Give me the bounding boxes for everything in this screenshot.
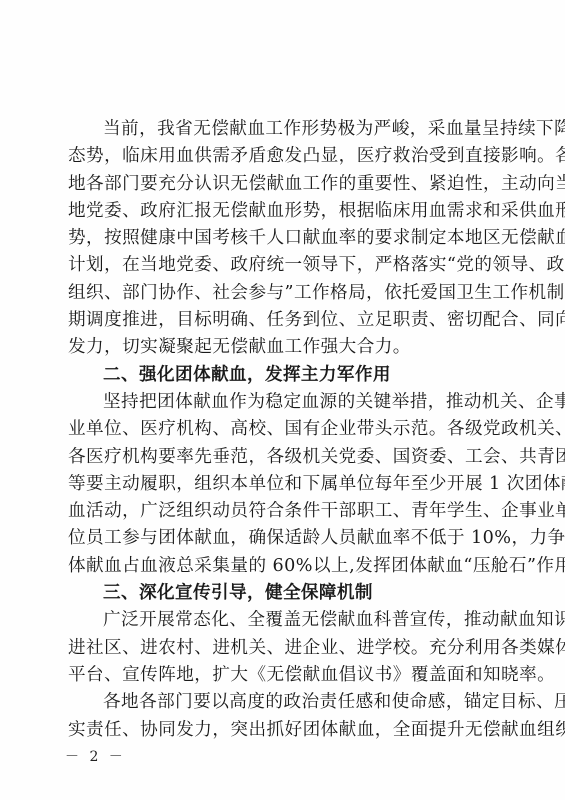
- section-heading-2: 二、强化团体献血，发挥主力军作用: [68, 362, 500, 389]
- paragraph-line: 各地各部门要以高度的政治责任感和使命感，锚定目标、压: [68, 689, 500, 716]
- paragraph-line: 各医疗机构要率先垂范，各级机关党委、国资委、工会、共青团: [68, 444, 500, 471]
- section-heading-3: 三、深化宣传引导，健全保障机制: [68, 580, 500, 607]
- paragraph-line: 位员工参与团体献血，确保适龄人员献血率不低于 10%，力争团: [68, 525, 500, 552]
- document-body: 当前，我省无偿献血工作形势极为严峻，采血量呈持续下降 态势，临床用血供需矛盾愈发…: [68, 116, 500, 744]
- paragraph-line: 组织、部门协作、社会参与”工作格局，依托爱国卫生工作机制定: [68, 280, 500, 307]
- page-number: － 2 －: [65, 746, 126, 766]
- paragraph-line: 实责任、协同发力，突出抓好团体献血，全面提升无偿献血组织: [68, 717, 500, 744]
- paragraph-line: 业单位、医疗机构、高校、国有企业带头示范。各级党政机关、: [68, 416, 500, 443]
- paragraph-line: 计划，在当地党委、政府统一领导下，严格落实“党的领导、政府: [68, 252, 500, 279]
- paragraph-line: 进社区、进农村、进机关、进企业、进学校。充分利用各类媒体: [68, 635, 500, 662]
- paragraph-line: 当前，我省无偿献血工作形势极为严峻，采血量呈持续下降: [68, 116, 500, 143]
- paragraph-line: 体献血占血液总采集量的 60%以上,发挥团体献血“压舱石”作用。: [68, 553, 500, 580]
- paragraph-line: 发力，切实凝聚起无偿献血工作强大合力。: [68, 334, 500, 361]
- paragraph-line: 势，按照健康中国考核千人口献血率的要求制定本地区无偿献血: [68, 225, 500, 252]
- paragraph-line: 期调度推进，目标明确、任务到位、立足职责、密切配合、同向: [68, 307, 500, 334]
- paragraph-line: 广泛开展常态化、全覆盖无偿献血科普宣传，推动献血知识: [68, 607, 500, 634]
- paragraph-line: 血活动，广泛组织动员符合条件干部职工、青年学生、企事业单: [68, 498, 500, 525]
- document-page: 当前，我省无偿献血工作形势极为严峻，采血量呈持续下降 态势，临床用血供需矛盾愈发…: [0, 0, 565, 800]
- paragraph-line: 平台、宣传阵地，扩大《无偿献血倡议书》覆盖面和知晓率。: [68, 662, 500, 689]
- paragraph-line: 态势，临床用血供需矛盾愈发凸显，医疗救治受到直接影响。各: [68, 143, 500, 170]
- paragraph-line: 等要主动履职，组织本单位和下属单位每年至少开展 1 次团体献: [68, 471, 500, 498]
- paragraph-line: 坚持把团体献血作为稳定血源的关键举措，推动机关、企事: [68, 389, 500, 416]
- paragraph-line: 地各部门要充分认识无偿献血工作的重要性、紧迫性，主动向当: [68, 171, 500, 198]
- paragraph-line: 地党委、政府汇报无偿献血形势，根据临床用血需求和采供血形: [68, 198, 500, 225]
